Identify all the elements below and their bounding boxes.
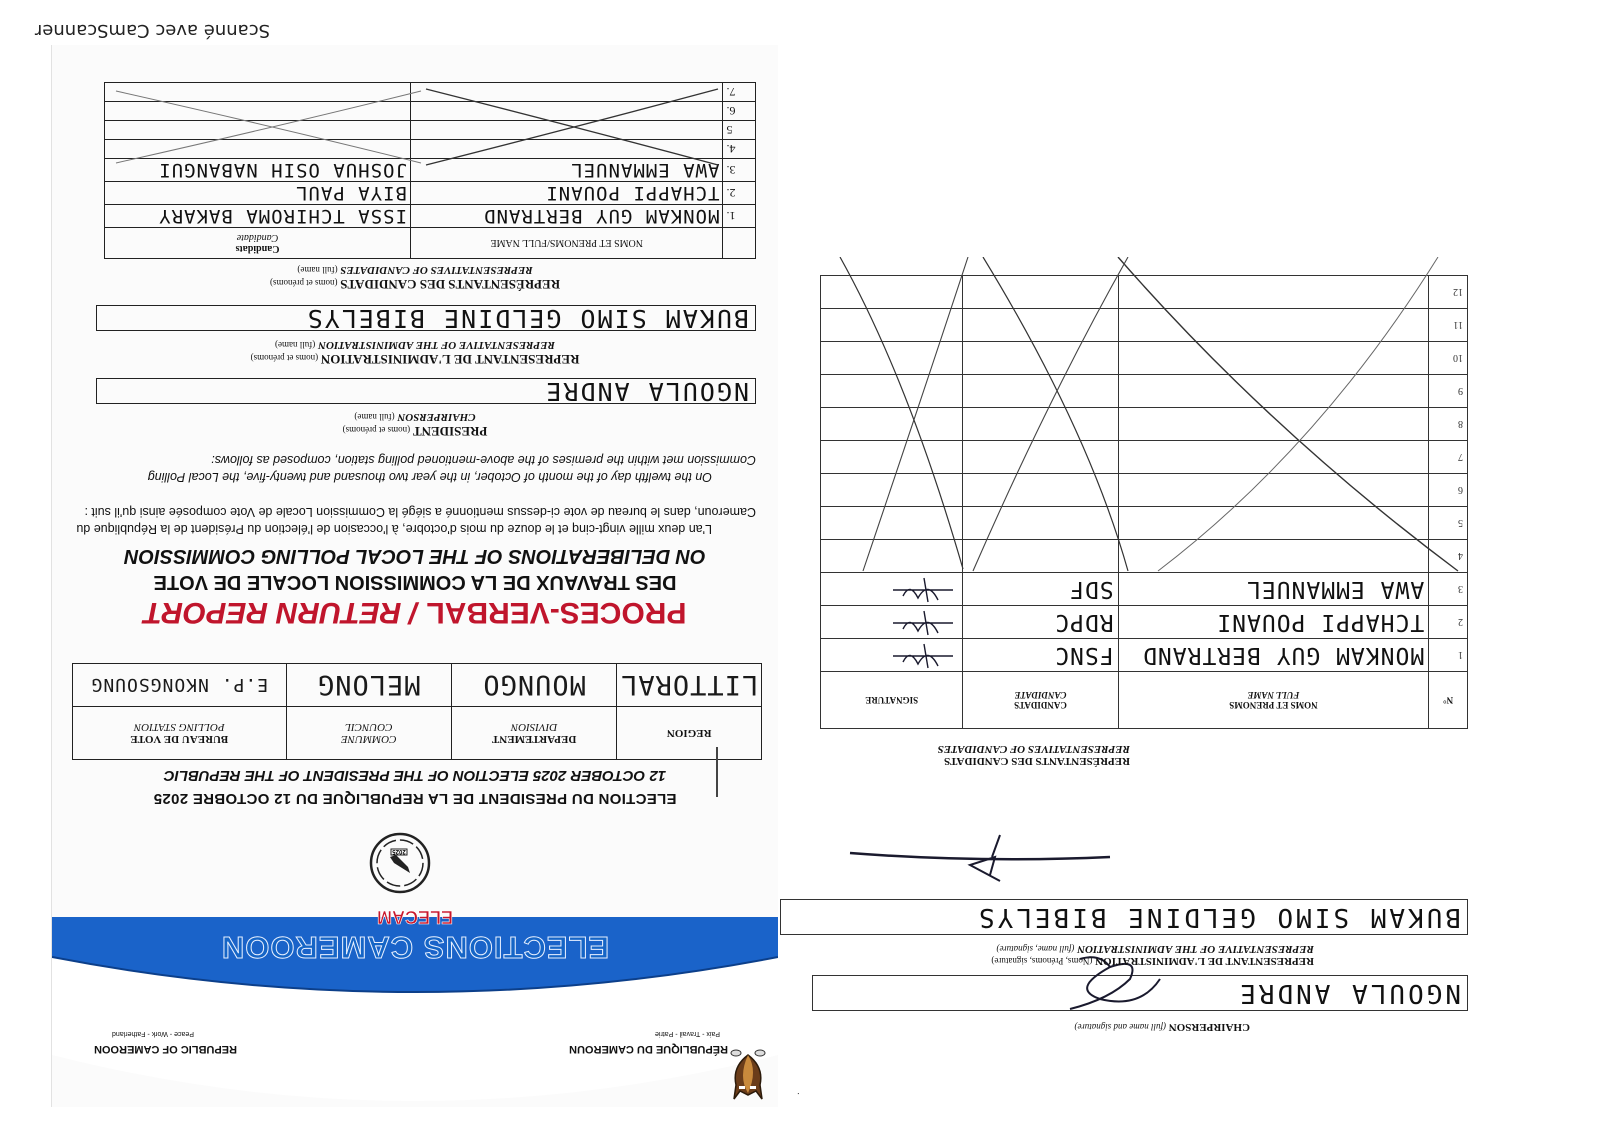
candidate-name — [105, 83, 411, 102]
row-number: 9 — [1429, 375, 1468, 408]
president-label: PRESIDENT (noms et prénoms) CHAIRPERSON … — [52, 411, 778, 439]
row-number: 5 — [1429, 507, 1468, 540]
signature-cell — [821, 342, 963, 375]
rep-name — [1118, 474, 1429, 507]
table-row: 7. — [105, 83, 756, 102]
candidate-reps-sig-label: REPRÉSENTANTS DES CANDIDATSREPRESENTATIV… — [938, 743, 1130, 767]
rep-name: MONKAM GUY BERTRAND — [1118, 639, 1429, 672]
candidate-party — [963, 309, 1118, 342]
motto-fr: Paix - Travail - Patrie — [655, 1030, 720, 1037]
candidate-party — [963, 540, 1118, 573]
candidate-reps-label: REPRÉSENTANTS DES CANDIDATS (noms et pré… — [52, 264, 778, 292]
admin-rep-sig-label: REPRESENTANT DE L'ADMINISTRATION (Noms, … — [991, 943, 1314, 967]
admin-rep-name-field: BUKAM SIMO GELDINE BIBELYS — [96, 305, 756, 331]
col-header-candidate: CandidatsCandidate — [105, 228, 411, 259]
rep-name — [1118, 540, 1429, 573]
signature-cell — [821, 606, 963, 639]
admin-rep-sig-name-field: BUKAM SIMO GELDINE BIBELYS — [780, 899, 1468, 935]
table-row: 3AWA EMMANUELSDF — [821, 573, 1468, 606]
banner-subtitle: ELECAM — [52, 906, 778, 927]
rep-name — [1118, 309, 1429, 342]
row-number: 8 — [1429, 408, 1468, 441]
candidate-name: ISSA TCHIROMA BAKARY — [105, 205, 411, 228]
report-subtitle-fr: DES TRAVAUX DE LA COMMISSION LOCALE DE V… — [52, 570, 778, 593]
table-row: 2TCHAPPI POUANIRDPC — [821, 606, 1468, 639]
rep-name — [410, 121, 722, 140]
intro-paragraph-fr: L'an deux mille vingt-cinq et le douze d… — [76, 503, 756, 537]
location-value-division: MOUNGO — [451, 664, 616, 707]
row-number: 7. — [723, 83, 756, 102]
row-number: 3 — [1429, 573, 1468, 606]
signature-scribble — [888, 610, 958, 638]
table-row: 8 — [821, 408, 1468, 441]
republic-label-en: REPUBLIC OF CAMEROON — [94, 1043, 237, 1055]
table-row: 7 — [821, 441, 1468, 474]
rep-name — [1118, 408, 1429, 441]
rep-name: MONKAM GUY BERTRAND — [410, 205, 722, 228]
elecam-mascot-icon — [718, 1047, 778, 1107]
location-header-council: COMMUNECOUNCIL — [286, 707, 451, 760]
banner-title: ELECTIONS CAMEROON — [52, 929, 778, 965]
admin-rep-label: REPRESENTANT DE L'ADMINISTRATION (noms e… — [52, 339, 778, 367]
rep-name: AWA EMMANUEL — [410, 159, 722, 182]
table-row: 2.TCHAPPI POUANIBIYA PAUL — [105, 182, 756, 205]
table-row: 5 — [821, 507, 1468, 540]
location-value-region: LITTORAL — [617, 664, 762, 707]
location-value-polling-station: E.P. NKONGSOUNG — [73, 664, 287, 707]
rep-name — [1118, 441, 1429, 474]
signature-cell — [821, 375, 963, 408]
rep-name — [410, 140, 722, 159]
rep-name: AWA EMMANUEL — [1118, 573, 1429, 606]
signature-cell — [821, 441, 963, 474]
row-number: 3. — [723, 159, 756, 182]
row-number: 5 — [723, 121, 756, 140]
location-table: REGION DEPARTEMENTDIVISION COMMUNECOUNCI… — [72, 663, 762, 760]
report-title: PROCES-VERBAL / RETURN REPORT — [52, 595, 778, 629]
row-number: 1. — [723, 205, 756, 228]
col-header-full-name: NOMS ET PRENOMSFULL NAME — [1118, 672, 1429, 729]
row-number: 1 — [1429, 639, 1468, 672]
row-number: 7 — [1429, 441, 1468, 474]
table-row: 12 — [821, 276, 1468, 309]
election-title-fr: ELECTION DU PRESIDENT DE LA REPUBLIQUE D… — [52, 790, 778, 807]
candidate-party — [963, 507, 1118, 540]
row-number: 2. — [723, 182, 756, 205]
admin-rep-signature — [840, 825, 1120, 885]
candidate-reps-signature-table: N° NOMS ET PRENOMSFULL NAME CANDIDATSCAN… — [820, 275, 1468, 729]
signature-cell — [821, 276, 963, 309]
candidate-party: SDF — [963, 573, 1118, 606]
row-number: 4 — [1429, 540, 1468, 573]
republic-label-fr: RÉPUBLIQUE DU CAMEROUN — [569, 1043, 728, 1055]
candidate-party — [963, 375, 1118, 408]
location-header-region: REGION — [617, 707, 762, 760]
scan-artifact — [716, 747, 718, 797]
report-subtitle-en: ON DELIBERATIONS OF THE LOCAL POLLING CO… — [52, 544, 778, 567]
row-number: 2 — [1429, 606, 1468, 639]
rep-name: TCHAPPI POUANI — [410, 182, 722, 205]
signature-cell — [821, 573, 963, 606]
candidate-party — [963, 474, 1118, 507]
table-row: 4. — [105, 140, 756, 159]
candidate-party: FSNC — [963, 639, 1118, 672]
candidate-party — [963, 441, 1118, 474]
location-value-council: MELONG — [286, 664, 451, 707]
col-header-signature: SIGNATURE — [821, 672, 963, 729]
intro-paragraph-en: On the twelfth day of the month of Octob… — [76, 451, 756, 485]
location-header-polling-station: BUREAU DE VOTEPOLLING STATION — [73, 707, 287, 760]
signature-cell — [821, 474, 963, 507]
row-number: 11 — [1429, 309, 1468, 342]
col-header-candidate: CANDIDATSCANDIDATE — [963, 672, 1118, 729]
rep-name: TCHAPPI POUANI — [1118, 606, 1429, 639]
candidate-name — [105, 121, 411, 140]
row-number: 10 — [1429, 342, 1468, 375]
candidate-name — [105, 102, 411, 121]
candidate-name — [105, 140, 411, 159]
candidate-party: RDPC — [963, 606, 1118, 639]
svg-text:2025: 2025 — [392, 848, 406, 854]
table-row: 6 — [821, 474, 1468, 507]
table-row: 1MONKAM GUY BERTRANDFSNC — [821, 639, 1468, 672]
candidate-name: BIYA PAUL — [105, 182, 411, 205]
rep-name — [1118, 276, 1429, 309]
candidate-party — [963, 342, 1118, 375]
candidate-name: JOSHUA OSIH NABANGUI — [105, 159, 411, 182]
row-number: 4. — [723, 140, 756, 159]
table-row: 5 — [105, 121, 756, 140]
signature-cell — [821, 408, 963, 441]
table-row: 10 — [821, 342, 1468, 375]
rep-name — [410, 83, 722, 102]
scanner-watermark: Scanné avec CamScanner — [35, 20, 270, 41]
candidate-party — [963, 408, 1118, 441]
election-title-en: 12 OCTOBER 2025 ELECTION OF THE PRESIDEN… — [52, 767, 778, 784]
president-name-field: NGOULA ANDRE — [96, 378, 756, 404]
table-row: 9 — [821, 375, 1468, 408]
rep-name — [410, 102, 722, 121]
candidate-party — [963, 276, 1118, 309]
table-row: 4 — [821, 540, 1468, 573]
row-number: 6. — [723, 102, 756, 121]
chairperson-label: CHAIRPERSON (full name and signature) — [1075, 1021, 1250, 1033]
signature-cell — [821, 309, 963, 342]
col-header-full-name: NOMS ET PRENOMS/FULL NAME — [410, 228, 722, 259]
table-row: 6. — [105, 102, 756, 121]
signature-page: · CHAIRPERSON (full name and signature) … — [788, 45, 1500, 1107]
candidate-reps-table: NOMS ET PRENOMS/FULL NAME CandidatsCandi… — [104, 82, 756, 259]
election-seal-icon: 2025 — [368, 831, 432, 895]
rep-name — [1118, 375, 1429, 408]
rep-name — [1118, 507, 1429, 540]
col-header-num: N° — [1429, 672, 1468, 729]
table-row: 3.AWA EMMANUELJOSHUA OSIH NABANGUI — [105, 159, 756, 182]
scanned-document: Scanné avec CamScanner RÉPUBLIQUE DU CAM… — [0, 0, 1600, 1131]
location-header-division: DEPARTEMENTDIVISION — [451, 707, 616, 760]
signature-cell — [821, 540, 963, 573]
signature-cell — [821, 507, 963, 540]
table-row: 1.MONKAM GUY BERTRANDISSA TCHIROMA BAKAR… — [105, 205, 756, 228]
rep-name — [1118, 342, 1429, 375]
signature-scribble — [888, 643, 958, 671]
row-number: 12 — [1429, 276, 1468, 309]
row-number: 6 — [1429, 474, 1468, 507]
elecam-banner: RÉPUBLIQUE DU CAMEROUN Paix - Travail - … — [52, 917, 778, 1107]
report-cover-page: RÉPUBLIQUE DU CAMEROUN Paix - Travail - … — [51, 45, 778, 1107]
signature-scribble — [888, 577, 958, 605]
motto-en: Peace - Work - Fatherland — [112, 1030, 194, 1037]
signature-cell — [821, 639, 963, 672]
page-mark: · — [797, 1088, 800, 1099]
table-row: 11 — [821, 309, 1468, 342]
